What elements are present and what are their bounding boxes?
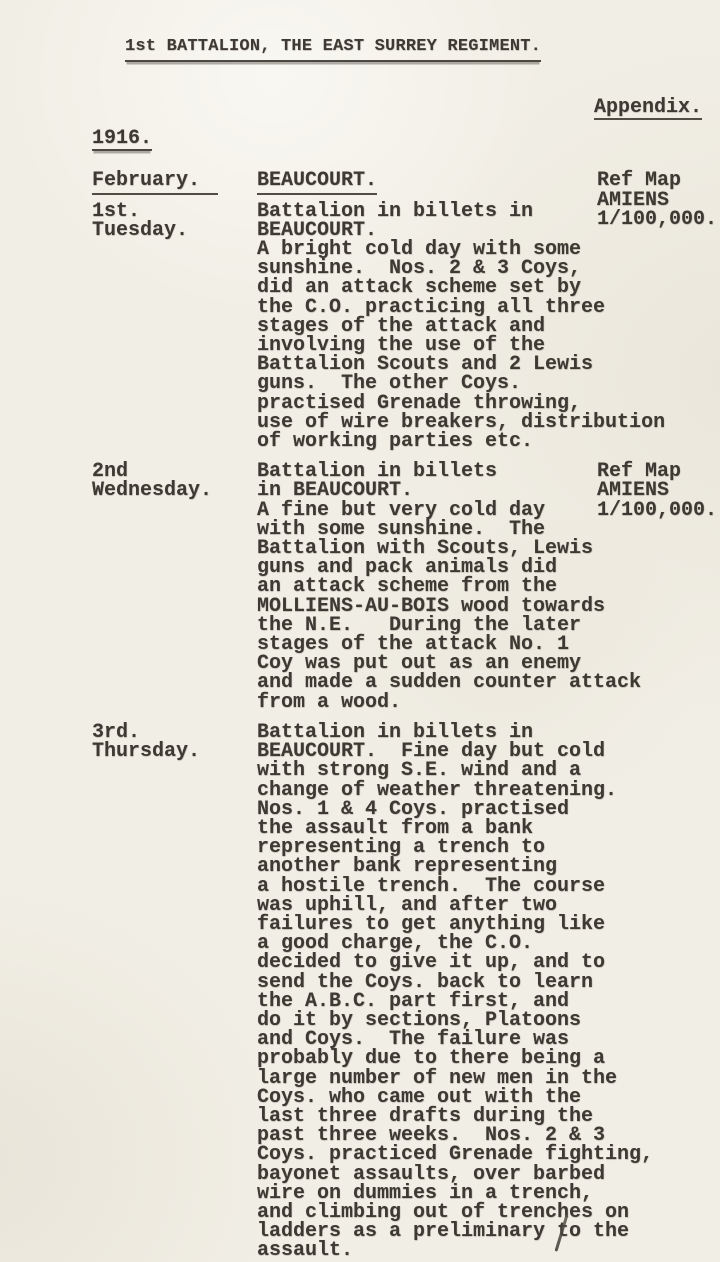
entry-body-line: decided to give it up, and to xyxy=(257,953,597,972)
year-heading: 1916. xyxy=(92,129,152,151)
entry-body-line: assault. xyxy=(257,1241,597,1260)
month-cell: February. xyxy=(92,171,257,190)
entry-body: Battalion in billets in BEAUCOURT. Fine … xyxy=(257,723,597,1261)
map-ref-line: AMIENS xyxy=(597,481,718,500)
entry-map-reference xyxy=(597,202,718,452)
diary-entry: 2nd Wednesday. Battalion in billets in B… xyxy=(92,462,718,712)
month-heading: February. xyxy=(92,169,218,195)
entry-date-line: Thursday. xyxy=(92,742,257,761)
entry-body-line: of working parties etc. xyxy=(257,432,597,451)
entry-body-line: did an attack scheme set by xyxy=(257,278,597,297)
entry-body-line: and made a sudden counter attack xyxy=(257,673,597,692)
entry-body-line: send the Coys. back to learn xyxy=(257,973,597,992)
entry-body-line: change of weather threatening. xyxy=(257,781,597,800)
entry-body-line: a hostile trench. The course xyxy=(257,877,597,896)
entry-body-line: another bank representing xyxy=(257,857,597,876)
entry-body-line: Coys. practiced Grenade fighting, xyxy=(257,1145,597,1164)
entry-date-line: Wednesday. xyxy=(92,481,257,500)
diary-entries: 1st. Tuesday. Battalion in billets in BE… xyxy=(0,202,720,1261)
map-ref-line: AMIENS xyxy=(597,191,717,210)
year-row: 1916. xyxy=(92,129,720,151)
map-reference-cell: Ref Map AMIENS 1/100,000. xyxy=(597,171,718,190)
entry-date: 1st. Tuesday. xyxy=(92,202,257,452)
entry-map-reference xyxy=(597,723,718,1261)
entry-body-line: an attack scheme from the xyxy=(257,577,597,596)
title-row: 1st BATTALION, THE EAST SURREY REGIMENT. xyxy=(125,34,720,62)
appendix-label: Appendix. xyxy=(594,98,702,120)
entry-body-line: bayonet assaults, over barbed xyxy=(257,1165,597,1184)
entry-body-line: MOLLIENS-AU-BOIS wood towards xyxy=(257,597,597,616)
diary-entry: 3rd. Thursday. Battalion in billets in B… xyxy=(92,723,718,1261)
map-reference: Ref Map AMIENS 1/100,000. xyxy=(597,171,717,229)
entry-body-line: A fine but very cold day xyxy=(257,501,597,520)
map-ref-line: Ref Map xyxy=(597,171,717,190)
place-cell: BEAUCOURT. xyxy=(257,171,597,190)
entry-date: 2nd Wednesday. xyxy=(92,462,257,712)
entry-body-line: Battalion in billets in xyxy=(257,202,597,221)
place-heading: BEAUCOURT. xyxy=(257,169,377,195)
entry-map-reference: Ref Map AMIENS 1/100,000. xyxy=(597,462,718,712)
entry-body-line: in BEAUCOURT. xyxy=(257,481,597,500)
page-title: 1st BATTALION, THE EAST SURREY REGIMENT. xyxy=(125,35,541,62)
entry-body-line: practised Grenade throwing, xyxy=(257,394,597,413)
diary-entry: 1st. Tuesday. Battalion in billets in BE… xyxy=(92,202,718,452)
entry-body: Battalion in billets in BEAUCOURT. A fin… xyxy=(257,462,597,712)
entry-body-line: from a wood. xyxy=(257,693,597,712)
map-ref-line: 1/100,000. xyxy=(597,210,717,229)
entry-body-line: guns. The other Coys. xyxy=(257,374,597,393)
entry-body-line: probably due to there being a xyxy=(257,1049,597,1068)
entry-body-line: large number of new men in the xyxy=(257,1069,597,1088)
map-ref-line: 1/100,000. xyxy=(597,501,718,520)
war-diary-page: 1st BATTALION, THE EAST SURREY REGIMENT.… xyxy=(0,0,720,1262)
entry-body: Battalion in billets in BEAUCOURT. A bri… xyxy=(257,202,597,452)
entry-body-line: with strong S.E. wind and a xyxy=(257,761,597,780)
entry-date: 3rd. Thursday. xyxy=(92,723,257,1261)
entry-date-line: Tuesday. xyxy=(92,221,257,240)
entry-body-line: the C.O. practicing all three xyxy=(257,298,597,317)
appendix-row: Appendix. xyxy=(0,98,702,120)
diary-header-row: February. BEAUCOURT. Ref Map AMIENS 1/10… xyxy=(92,171,718,190)
entry-date-line: 1st. xyxy=(92,202,257,221)
